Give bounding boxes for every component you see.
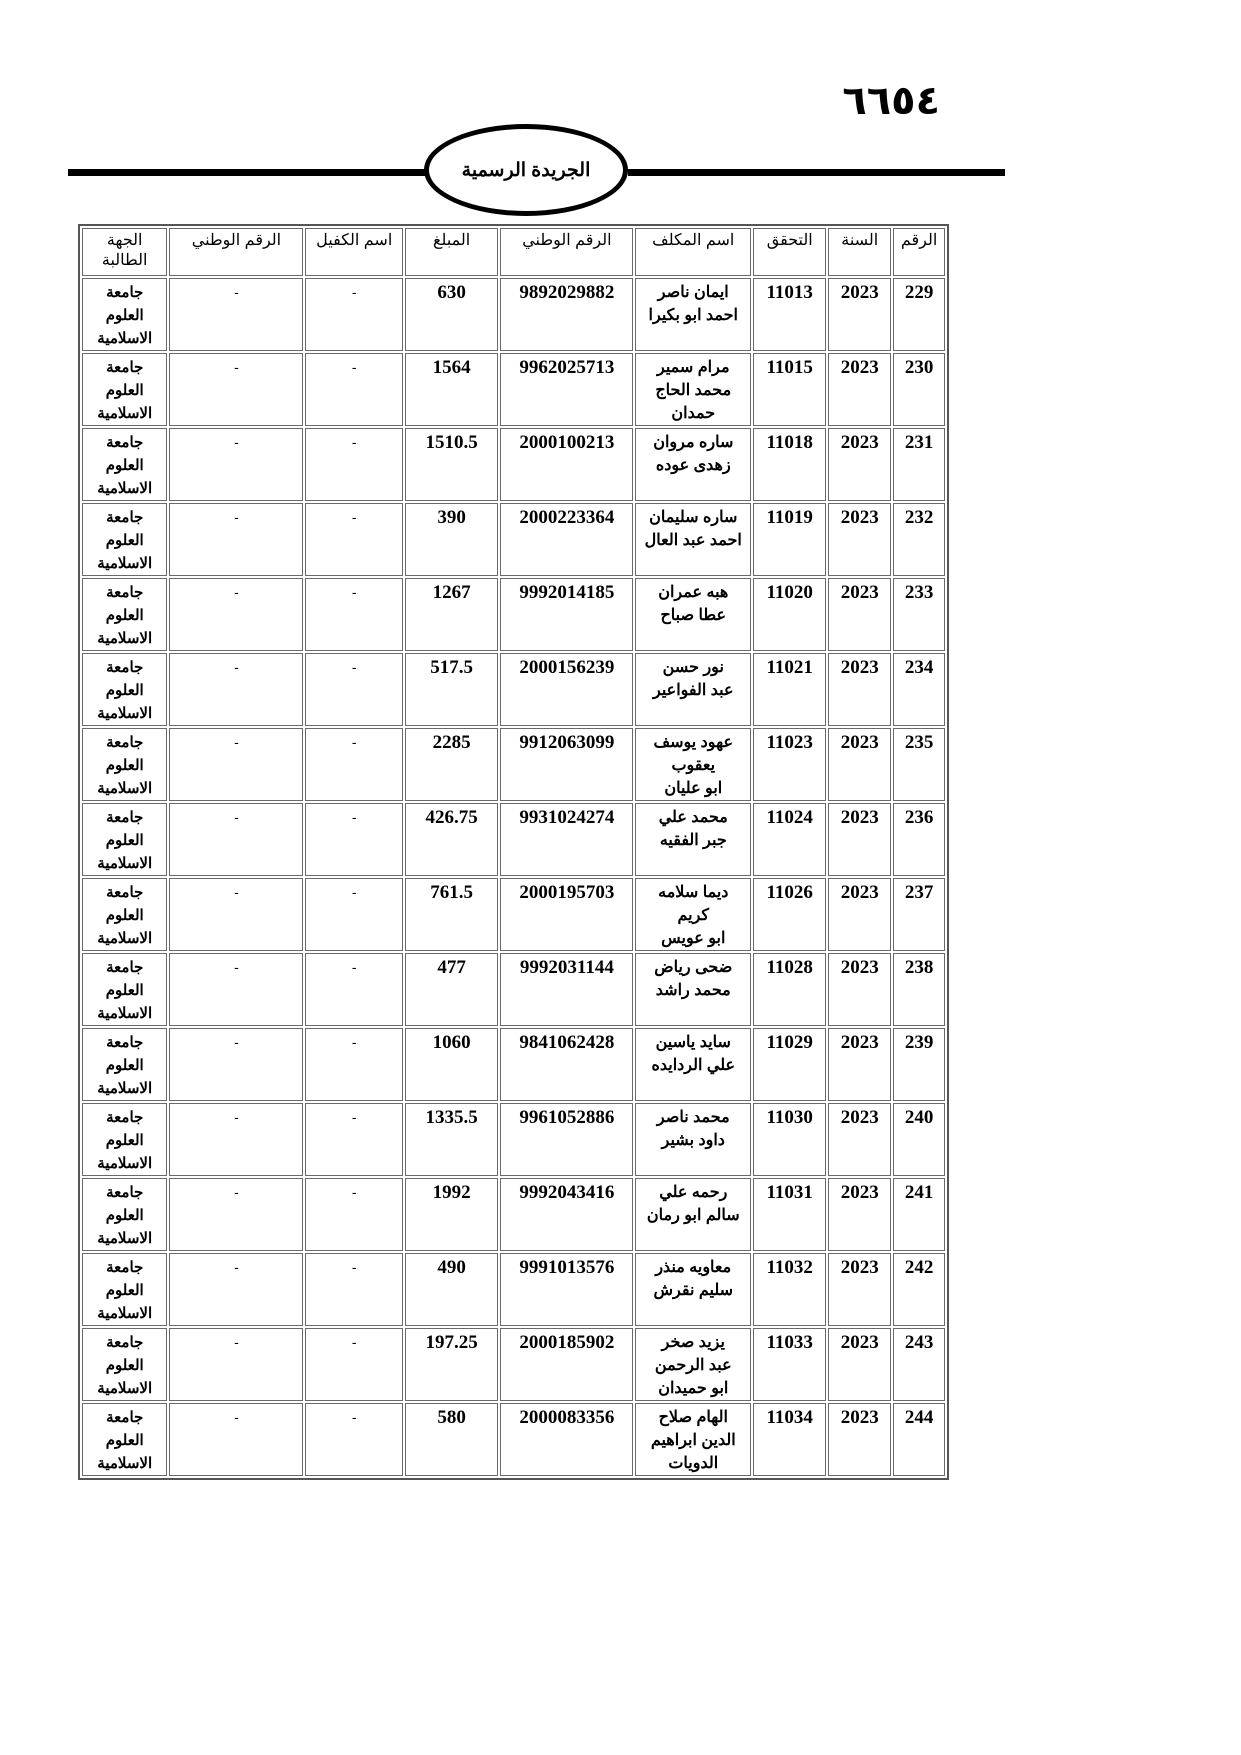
cell-text-line: مرام سمير (638, 356, 748, 379)
cell-guarantor-name: - (305, 803, 402, 876)
column-header-requesting-party: الجهة الطالبة (82, 228, 167, 276)
cell-verification: 11023 (753, 728, 826, 801)
cell-text-line: احمد عبد العال (638, 529, 748, 552)
table-row: 242 2023 11032 معاويه منذرسليم نقرش 9991… (82, 1253, 945, 1326)
cell-text-line: العلوم (85, 379, 164, 402)
cell-text-line: العلوم (85, 1354, 164, 1377)
cell-text-line: الاسلامية (85, 927, 164, 950)
cell-text-line: الاسلامية (85, 627, 164, 650)
cell-guarantor-national-id: - (169, 1253, 303, 1326)
cell-verification: 11021 (753, 653, 826, 726)
table-row: 243 2023 11033 يزيد صخرعبد الرحمنابو حمي… (82, 1328, 945, 1401)
cell-text-line: محمد الحاج (638, 379, 748, 402)
cell-verification: 11034 (753, 1403, 826, 1476)
cell-national-id: 9931024274 (500, 803, 633, 876)
cell-year: 2023 (828, 1028, 891, 1101)
masthead-rule-left (68, 169, 430, 176)
cell-requesting-party: جامعةالعلومالاسلامية (82, 578, 167, 651)
cell-text-line: جامعة (85, 1181, 164, 1204)
column-header-debtor-name: اسم المكلف (635, 228, 751, 276)
cell-number: 236 (893, 803, 945, 876)
header-line: الجهة (85, 231, 164, 251)
cell-debtor-name: ساره مروانزهدى عوده (635, 428, 751, 501)
cell-text-line: نور حسن (638, 656, 748, 679)
cell-text-line: العلوم (85, 829, 164, 852)
cell-text-line: ديما سلامه (638, 881, 748, 904)
cell-amount: 490 (405, 1253, 498, 1326)
cell-text-line: سليم نقرش (638, 1279, 748, 1302)
cell-requesting-party: جامعةالعلومالاسلامية (82, 1328, 167, 1401)
cell-number: 242 (893, 1253, 945, 1326)
cell-text-line: العلوم (85, 1429, 164, 1452)
cell-text-line: جامعة (85, 881, 164, 904)
cell-requesting-party: جامعةالعلومالاسلامية (82, 653, 167, 726)
cell-text-line: كريم (638, 904, 748, 927)
column-header-verification: التحقق (753, 228, 826, 276)
cell-text-line: الاسلامية (85, 402, 164, 425)
cell-verification: 11015 (753, 353, 826, 426)
cell-text-line: محمد ناصر (638, 1106, 748, 1129)
cell-debtor-name: ايمان ناصراحمد ابو بكيرا (635, 278, 751, 351)
cell-verification: 11020 (753, 578, 826, 651)
table-row: 236 2023 11024 محمد عليجبر الفقيه 993102… (82, 803, 945, 876)
cell-text-line: العلوم (85, 979, 164, 1002)
cell-requesting-party: جامعةالعلومالاسلامية (82, 503, 167, 576)
cell-guarantor-national-id: - (169, 503, 303, 576)
cell-guarantor-name: - (305, 353, 402, 426)
cell-year: 2023 (828, 428, 891, 501)
cell-guarantor-national-id: - (169, 578, 303, 651)
cell-text-line: هبه عمران (638, 581, 748, 604)
cell-debtor-name: محمد عليجبر الفقيه (635, 803, 751, 876)
cell-text-line: سالم ابو رمان (638, 1204, 748, 1227)
cell-text-line: جامعة (85, 731, 164, 754)
cell-verification: 11024 (753, 803, 826, 876)
cell-year: 2023 (828, 953, 891, 1026)
cell-text-line: جامعة (85, 956, 164, 979)
cell-guarantor-name: - (305, 1328, 402, 1401)
cell-text-line: ايمان ناصر (638, 281, 748, 304)
cell-verification: 11033 (753, 1328, 826, 1401)
masthead-rule-right (628, 169, 1005, 176)
cell-guarantor-national-id: - (169, 1328, 303, 1401)
cell-amount: 630 (405, 278, 498, 351)
column-header-national-id: الرقم الوطني (500, 228, 633, 276)
cell-verification: 11026 (753, 878, 826, 951)
cell-text-line: يعقوب (638, 754, 748, 777)
cell-guarantor-name: - (305, 1178, 402, 1251)
cell-text-line: الاسلامية (85, 1302, 164, 1325)
cell-national-id: 9912063099 (500, 728, 633, 801)
cell-amount: 580 (405, 1403, 498, 1476)
table-row: 231 2023 11018 ساره مروانزهدى عوده 20001… (82, 428, 945, 501)
cell-year: 2023 (828, 278, 891, 351)
cell-text-line: الدين ابراهيم (638, 1429, 748, 1452)
cell-guarantor-national-id: - (169, 428, 303, 501)
cell-debtor-name: يزيد صخرعبد الرحمنابو حميدان (635, 1328, 751, 1401)
cell-year: 2023 (828, 1328, 891, 1401)
cell-text-line: داود بشير (638, 1129, 748, 1152)
cell-text-line: جامعة (85, 1256, 164, 1279)
column-header-guarantor-name: اسم الكفيل (305, 228, 402, 276)
cell-guarantor-name: - (305, 1103, 402, 1176)
cell-text-line: ابو حميدان (638, 1377, 748, 1400)
cell-verification: 11028 (753, 953, 826, 1026)
table-row: 238 2023 11028 ضحى رياضمحمد راشد 9992031… (82, 953, 945, 1026)
cell-text-line: العلوم (85, 1054, 164, 1077)
cell-year: 2023 (828, 803, 891, 876)
cell-guarantor-name: - (305, 578, 402, 651)
cell-text-line: الاسلامية (85, 1152, 164, 1175)
cell-amount: 1510.5 (405, 428, 498, 501)
cell-text-line: علي الردايده (638, 1054, 748, 1077)
cell-text-line: عبد الرحمن (638, 1354, 748, 1377)
cell-text-line: العلوم (85, 679, 164, 702)
cell-national-id: 2000156239 (500, 653, 633, 726)
cell-guarantor-name: - (305, 428, 402, 501)
cell-number: 235 (893, 728, 945, 801)
cell-requesting-party: جامعةالعلومالاسلامية (82, 428, 167, 501)
cell-verification: 11019 (753, 503, 826, 576)
cell-guarantor-national-id: - (169, 728, 303, 801)
table-header-row: الرقم السنة التحقق اسم المكلف الرقم الوط… (82, 228, 945, 276)
cell-requesting-party: جامعةالعلومالاسلامية (82, 1028, 167, 1101)
cell-national-id: 9992043416 (500, 1178, 633, 1251)
cell-national-id: 2000083356 (500, 1403, 633, 1476)
cell-text-line: الاسلامية (85, 702, 164, 725)
cell-text-line: الاسلامية (85, 477, 164, 500)
cell-text-line: العلوم (85, 1129, 164, 1152)
cell-requesting-party: جامعةالعلومالاسلامية (82, 803, 167, 876)
cell-verification: 11018 (753, 428, 826, 501)
cell-verification: 11030 (753, 1103, 826, 1176)
cell-year: 2023 (828, 1403, 891, 1476)
cell-text-line: عبد الفواعير (638, 679, 748, 702)
cell-guarantor-name: - (305, 1253, 402, 1326)
cell-guarantor-national-id: - (169, 278, 303, 351)
cell-requesting-party: جامعةالعلومالاسلامية (82, 953, 167, 1026)
page-number: ٦٦٥٤ (830, 78, 940, 124)
cell-debtor-name: الهام صلاحالدين ابراهيمالدويات (635, 1403, 751, 1476)
header-line: الطالبة (85, 251, 164, 271)
cell-amount: 1267 (405, 578, 498, 651)
cell-debtor-name: مرام سميرمحمد الحاجحمدان (635, 353, 751, 426)
cell-verification: 11029 (753, 1028, 826, 1101)
cell-national-id: 9991013576 (500, 1253, 633, 1326)
cell-text-line: الاسلامية (85, 1452, 164, 1475)
cell-guarantor-name: - (305, 503, 402, 576)
cell-debtor-name: سايد ياسينعلي الردايده (635, 1028, 751, 1101)
cell-text-line: عطا صباح (638, 604, 748, 627)
column-header-amount: المبلغ (405, 228, 498, 276)
cell-text-line: معاويه منذر (638, 1256, 748, 1279)
cell-text-line: جامعة (85, 656, 164, 679)
cell-guarantor-national-id: - (169, 803, 303, 876)
cell-amount: 1992 (405, 1178, 498, 1251)
cell-number: 232 (893, 503, 945, 576)
cell-text-line: ساره مروان (638, 431, 748, 454)
cell-year: 2023 (828, 1253, 891, 1326)
cell-text-line: العلوم (85, 1204, 164, 1227)
cell-debtor-name: رحمه عليسالم ابو رمان (635, 1178, 751, 1251)
cell-requesting-party: جامعةالعلومالاسلامية (82, 353, 167, 426)
cell-text-line: الاسلامية (85, 1002, 164, 1025)
cell-year: 2023 (828, 578, 891, 651)
cell-text-line: ضحى رياض (638, 956, 748, 979)
publication-title: الجريدة الرسمية (462, 159, 591, 182)
table-row: 239 2023 11029 سايد ياسينعلي الردايده 98… (82, 1028, 945, 1101)
cell-national-id: 2000223364 (500, 503, 633, 576)
cell-text-line: الدويات (638, 1452, 748, 1475)
cell-year: 2023 (828, 1103, 891, 1176)
table-row: 229 2023 11013 ايمان ناصراحمد ابو بكيرا … (82, 278, 945, 351)
cell-text-line: ساره سليمان (638, 506, 748, 529)
cell-number: 240 (893, 1103, 945, 1176)
table-row: 241 2023 11031 رحمه عليسالم ابو رمان 999… (82, 1178, 945, 1251)
cell-verification: 11031 (753, 1178, 826, 1251)
cell-debtor-name: ديما سلامهكريمابو عويس (635, 878, 751, 951)
cell-guarantor-name: - (305, 278, 402, 351)
cell-number: 233 (893, 578, 945, 651)
cell-guarantor-national-id: - (169, 653, 303, 726)
cell-amount: 761.5 (405, 878, 498, 951)
cell-text-line: جامعة (85, 806, 164, 829)
cell-requesting-party: جامعةالعلومالاسلامية (82, 878, 167, 951)
cell-guarantor-name: - (305, 653, 402, 726)
cell-national-id: 2000195703 (500, 878, 633, 951)
table-row: 232 2023 11019 ساره سليماناحمد عبد العال… (82, 503, 945, 576)
cell-text-line: جامعة (85, 1331, 164, 1354)
cell-national-id: 2000185902 (500, 1328, 633, 1401)
cell-text-line: جامعة (85, 1106, 164, 1129)
cell-amount: 1335.5 (405, 1103, 498, 1176)
cell-guarantor-national-id: - (169, 1103, 303, 1176)
cell-text-line: جامعة (85, 281, 164, 304)
cell-text-line: جامعة (85, 1031, 164, 1054)
cell-year: 2023 (828, 353, 891, 426)
cell-text-line: يزيد صخر (638, 1331, 748, 1354)
column-header-number: الرقم (893, 228, 945, 276)
cell-text-line: احمد ابو بكيرا (638, 304, 748, 327)
cell-text-line: زهدى عوده (638, 454, 748, 477)
cell-number: 238 (893, 953, 945, 1026)
cell-number: 230 (893, 353, 945, 426)
cell-number: 244 (893, 1403, 945, 1476)
cell-year: 2023 (828, 878, 891, 951)
cell-amount: 390 (405, 503, 498, 576)
table-row: 233 2023 11020 هبه عمرانعطا صباح 9992014… (82, 578, 945, 651)
cell-text-line: حمدان (638, 402, 748, 425)
cell-requesting-party: جامعةالعلومالاسلامية (82, 278, 167, 351)
cell-debtor-name: هبه عمرانعطا صباح (635, 578, 751, 651)
cell-amount: 2285 (405, 728, 498, 801)
cell-text-line: العلوم (85, 1279, 164, 1302)
cell-text-line: الاسلامية (85, 327, 164, 350)
cell-national-id: 9992031144 (500, 953, 633, 1026)
cell-debtor-name: محمد ناصرداود بشير (635, 1103, 751, 1176)
cell-number: 229 (893, 278, 945, 351)
cell-guarantor-national-id: - (169, 878, 303, 951)
cell-number: 234 (893, 653, 945, 726)
cell-national-id: 9841062428 (500, 1028, 633, 1101)
cell-number: 239 (893, 1028, 945, 1101)
cell-text-line: عهود يوسف (638, 731, 748, 754)
cell-text-line: جامعة (85, 431, 164, 454)
cell-national-id: 2000100213 (500, 428, 633, 501)
cell-text-line: الاسلامية (85, 1227, 164, 1250)
cell-year: 2023 (828, 1178, 891, 1251)
cell-amount: 426.75 (405, 803, 498, 876)
column-header-guarantor-national-id: الرقم الوطني (169, 228, 303, 276)
cell-text-line: جامعة (85, 581, 164, 604)
cell-number: 243 (893, 1328, 945, 1401)
cell-requesting-party: جامعةالعلومالاسلامية (82, 1178, 167, 1251)
cell-text-line: جامعة (85, 506, 164, 529)
cell-year: 2023 (828, 728, 891, 801)
cell-guarantor-name: - (305, 953, 402, 1026)
cell-year: 2023 (828, 653, 891, 726)
cell-text-line: الاسلامية (85, 852, 164, 875)
cell-text-line: جبر الفقيه (638, 829, 748, 852)
cell-text-line: العلوم (85, 454, 164, 477)
cell-verification: 11032 (753, 1253, 826, 1326)
cell-debtor-name: نور حسنعبد الفواعير (635, 653, 751, 726)
cell-requesting-party: جامعةالعلومالاسلامية (82, 728, 167, 801)
column-header-year: السنة (828, 228, 891, 276)
table-row: 237 2023 11026 ديما سلامهكريمابو عويس 20… (82, 878, 945, 951)
cell-national-id: 9962025713 (500, 353, 633, 426)
cell-guarantor-name: - (305, 1403, 402, 1476)
cell-guarantor-name: - (305, 728, 402, 801)
records-table: الرقم السنة التحقق اسم المكلف الرقم الوط… (78, 224, 949, 1480)
cell-guarantor-national-id: - (169, 353, 303, 426)
table-row: 244 2023 11034 الهام صلاحالدين ابراهيمال… (82, 1403, 945, 1476)
cell-amount: 1564 (405, 353, 498, 426)
cell-text-line: جامعة (85, 356, 164, 379)
cell-number: 237 (893, 878, 945, 951)
cell-text-line: ابو عليان (638, 777, 748, 800)
cell-amount: 197.25 (405, 1328, 498, 1401)
cell-text-line: العلوم (85, 304, 164, 327)
table-row: 240 2023 11030 محمد ناصرداود بشير 996105… (82, 1103, 945, 1176)
cell-text-line: الاسلامية (85, 1377, 164, 1400)
cell-amount: 477 (405, 953, 498, 1026)
cell-text-line: الاسلامية (85, 552, 164, 575)
cell-debtor-name: ضحى رياضمحمد راشد (635, 953, 751, 1026)
table-row: 230 2023 11015 مرام سميرمحمد الحاجحمدان … (82, 353, 945, 426)
cell-amount: 1060 (405, 1028, 498, 1101)
cell-text-line: الاسلامية (85, 777, 164, 800)
cell-text-line: الاسلامية (85, 1077, 164, 1100)
cell-requesting-party: جامعةالعلومالاسلامية (82, 1253, 167, 1326)
cell-guarantor-name: - (305, 1028, 402, 1101)
cell-requesting-party: جامعةالعلومالاسلامية (82, 1403, 167, 1476)
cell-amount: 517.5 (405, 653, 498, 726)
masthead-oval: الجريدة الرسمية (424, 124, 628, 216)
cell-debtor-name: عهود يوسفيعقوبابو عليان (635, 728, 751, 801)
cell-text-line: العلوم (85, 604, 164, 627)
cell-text-line: سايد ياسين (638, 1031, 748, 1054)
table-row: 234 2023 11021 نور حسنعبد الفواعير 20001… (82, 653, 945, 726)
cell-guarantor-national-id: - (169, 1403, 303, 1476)
cell-text-line: محمد راشد (638, 979, 748, 1002)
cell-text-line: ابو عويس (638, 927, 748, 950)
cell-national-id: 9992014185 (500, 578, 633, 651)
cell-text-line: جامعة (85, 1406, 164, 1429)
cell-year: 2023 (828, 503, 891, 576)
cell-debtor-name: معاويه منذرسليم نقرش (635, 1253, 751, 1326)
cell-text-line: العلوم (85, 904, 164, 927)
cell-number: 241 (893, 1178, 945, 1251)
cell-text-line: العلوم (85, 529, 164, 552)
cell-guarantor-name: - (305, 878, 402, 951)
table-row: 235 2023 11023 عهود يوسفيعقوبابو عليان 9… (82, 728, 945, 801)
cell-requesting-party: جامعةالعلومالاسلامية (82, 1103, 167, 1176)
cell-text-line: الهام صلاح (638, 1406, 748, 1429)
cell-number: 231 (893, 428, 945, 501)
cell-national-id: 9892029882 (500, 278, 633, 351)
cell-national-id: 9961052886 (500, 1103, 633, 1176)
cell-guarantor-national-id: - (169, 1028, 303, 1101)
cell-verification: 11013 (753, 278, 826, 351)
cell-debtor-name: ساره سليماناحمد عبد العال (635, 503, 751, 576)
cell-text-line: العلوم (85, 754, 164, 777)
cell-guarantor-national-id: - (169, 953, 303, 1026)
cell-guarantor-national-id: - (169, 1178, 303, 1251)
cell-text-line: محمد علي (638, 806, 748, 829)
cell-text-line: رحمه علي (638, 1181, 748, 1204)
